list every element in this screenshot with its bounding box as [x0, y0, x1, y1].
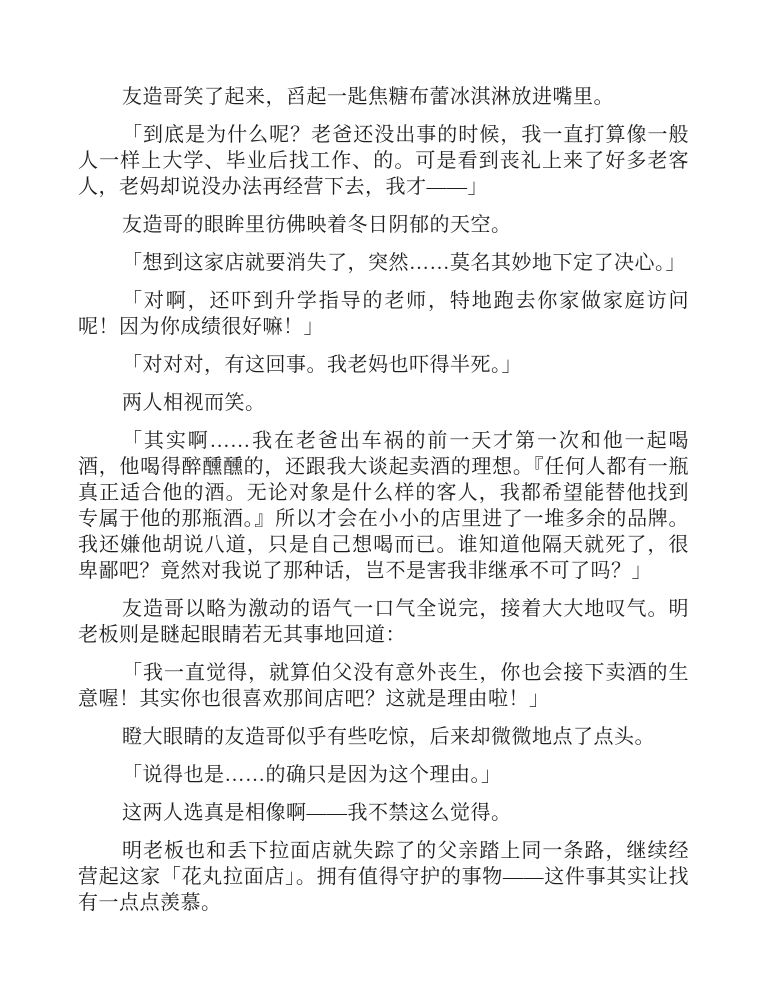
paragraph: 「想到这家店就要消失了，突然……莫名其妙地下定了决心。」: [78, 250, 689, 276]
paragraph: 友造哥的眼眸里彷佛映着冬日阴郁的天空。: [78, 212, 689, 238]
paragraph: 「对对对，有这回事。我老妈也吓得半死。」: [78, 352, 689, 378]
paragraph: 明老板也和丢下拉面店就失踪了的父亲踏上同一条路，继续经营起这家「花丸拉面店」。拥…: [78, 838, 689, 916]
book-page: 友造哥笑了起来，舀起一匙焦糖布蕾冰淇淋放进嘴里。 「到底是为什么呢？老爸还没出事…: [0, 0, 765, 990]
paragraph: 「对啊，还吓到升学指导的老师，特地跑去你家做家庭访问呢！因为你成绩很好嘛！」: [78, 288, 689, 340]
paragraph: 「我一直觉得，就算伯父没有意外丧生，你也会接下卖酒的生意喔！其实你也很喜欢那间店…: [78, 660, 689, 712]
paragraph: 「到底是为什么呢？老爸还没出事的时候，我一直打算像一般人一样上大学、毕业后找工作…: [78, 122, 689, 200]
paragraph: 友造哥笑了起来，舀起一匙焦糖布蕾冰淇淋放进嘴里。: [78, 84, 689, 110]
paragraph: 「其实啊……我在老爸出车祸的前一天才第一次和他一起喝酒，他喝得醉醺醺的，还跟我大…: [78, 428, 689, 584]
paragraph: 这两人选真是相像啊——我不禁这么觉得。: [78, 800, 689, 826]
paragraph: 瞪大眼睛的友造哥似乎有些吃惊，后来却微微地点了点头。: [78, 724, 689, 750]
paragraph: 友造哥以略为激动的语气一口气全说完，接着大大地叹气。明老板则是瞇起眼睛若无其事地…: [78, 596, 689, 648]
paragraph: 「说得也是……的确只是因为这个理由。」: [78, 762, 689, 788]
paragraph: 两人相视而笑。: [78, 390, 689, 416]
